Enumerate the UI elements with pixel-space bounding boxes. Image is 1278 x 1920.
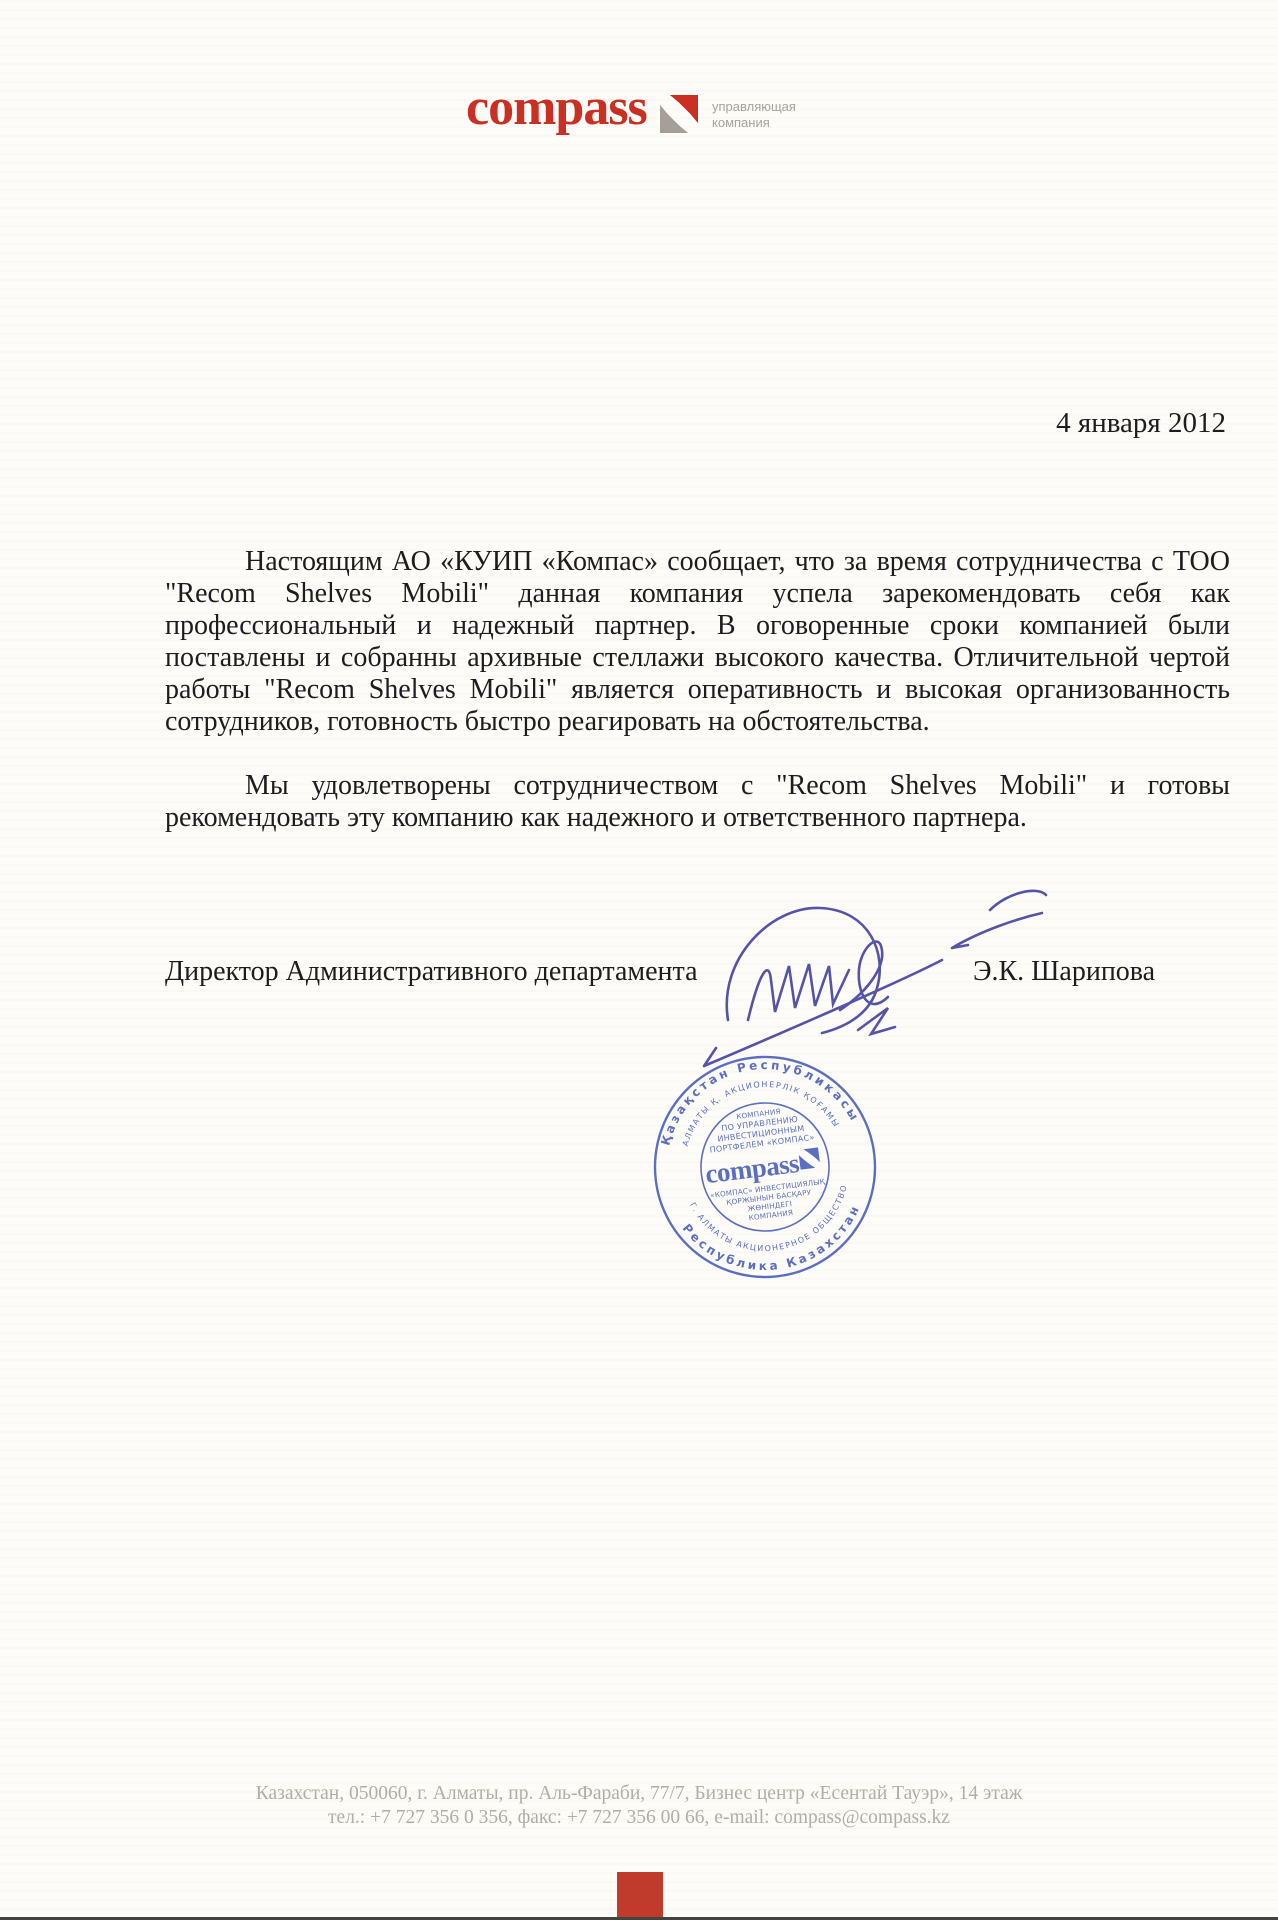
letter-paragraph-1: Настоящим АО «КУИП «Компас» сообщает, чт… [165, 546, 1230, 738]
stamp-compass-icon [798, 1147, 820, 1169]
scan-artifact-red-square [617, 1872, 663, 1918]
footer-contacts-line: тел.: +7 727 356 0 356, факс: +7 727 356… [0, 1806, 1278, 1830]
letter-date: 4 января 2012 [1056, 407, 1226, 439]
company-stamp: Қазақстан Республикасы Республика Казахс… [637, 1039, 893, 1295]
handwritten-signature [690, 868, 1050, 1078]
letter-footer: Казахстан, 050060, г. Алматы, пр. Аль-Фа… [0, 1782, 1278, 1830]
compass-logo-icon [660, 95, 698, 133]
logo-tagline: управляющая компания [712, 99, 796, 131]
letter-paragraph-2: Мы удовлетворены сотрудничеством с "Reco… [165, 770, 1230, 834]
logo-tagline-line1: управляющая [712, 99, 796, 115]
footer-address-line: Казахстан, 050060, г. Алматы, пр. Аль-Фа… [0, 1782, 1278, 1806]
scanned-letter-page: compass управляющая компания 4 января 20… [0, 0, 1278, 1920]
logo-tagline-line2: компания [712, 115, 796, 131]
signature-role: Директор Административного департамента [165, 956, 698, 988]
letter-body: Настоящим АО «КУИП «Компас» сообщает, чт… [165, 546, 1230, 834]
compass-logo-wordmark: compass [466, 82, 647, 134]
